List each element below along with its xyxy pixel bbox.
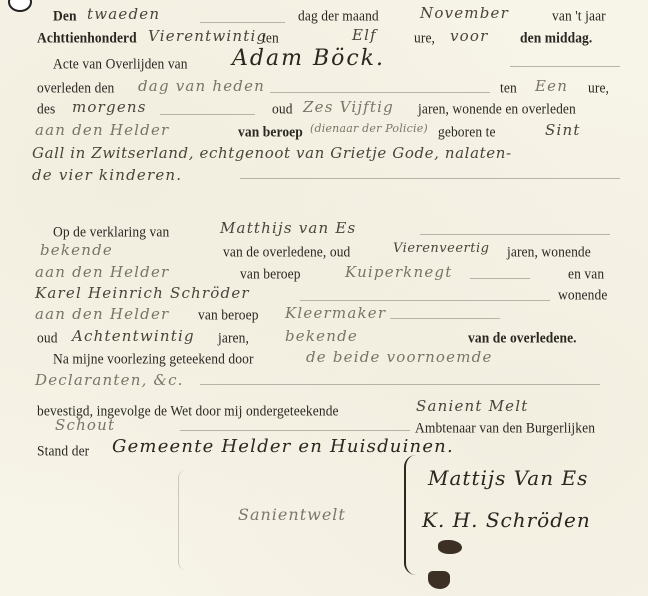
fill-line [510,66,620,67]
printed-acte-van-overlijden: Acte van Overlijden van [53,55,188,72]
fill-line [240,178,620,179]
handwritten-date-of-death: dag van heden [138,77,265,95]
fill-line [160,114,255,115]
printed-oud-2: oud [37,329,58,346]
printed-van-t-jaar: van 't jaar [552,7,606,24]
printed-ure-2: ure, [588,79,609,96]
fill-line [470,278,530,279]
handwritten-bekende-2: bekende [285,327,358,345]
handwritten-morgens: morgens [72,98,147,116]
printed-geboren-te: geboren te [438,123,496,140]
signature-witness-1: Mattijs Van Es [428,466,588,490]
handwritten-year: Vierentwintig [148,27,267,45]
fill-line [390,318,500,319]
handwritten-official-name: Sanient Melt [416,397,528,415]
printed-van-beroep: van beroep [238,123,303,140]
printed-ten-2: ten [500,79,517,96]
handwritten-bekende-1: bekende [40,241,113,259]
handwritten-schout: Schout [55,416,115,434]
handwritten-children: de vier kinderen. [32,166,182,184]
fill-line [180,430,410,431]
printed-des: des [37,100,55,117]
handwritten-declarant-2: Karel Heinrich Schröder [35,284,250,302]
printed-van-de-overledene-oud: van de overledene, oud [223,243,350,260]
handwritten-occupation: (dienaar der Policie) [310,122,428,135]
handwritten-declaranten: Declaranten, &c. [35,371,184,389]
handwritten-age-declarant-1: Vierenveertig [393,241,489,256]
fill-line [200,22,285,23]
handwritten-residence-declarant-1: aan den Helder [35,263,169,281]
printed-ure: ure, [414,29,435,46]
handwritten-age-declarant-2: Achtentwintig [72,327,195,345]
fill-line [270,92,490,93]
handwritten-age: Zes Vijftig [303,98,394,116]
handwritten-hour: Elf [352,26,377,44]
printed-op-de-verklaring: Op de verklaring van [53,223,169,240]
faint-brace [178,470,189,570]
printed-den: Den [53,7,77,24]
printed-den-middag: den middag. [520,29,592,46]
brace [404,455,424,575]
handwritten-month: November [420,4,509,22]
printed-van-beroep-2: van beroep [240,265,301,282]
printed-jaren-2: jaren, [218,329,249,346]
printed-oud: oud [272,100,293,117]
handwritten-signers: de beide voornoemde [306,348,493,366]
printed-overleden-den: overleden den [37,79,114,96]
printed-jaren-wonende: jaren, wonende en overleden [418,100,576,117]
handwritten-residence: aan den Helder [35,121,169,139]
printed-stand-der: Stand der [37,442,89,459]
document-page: Den twaeden dag der maand November van '… [0,0,648,596]
printed-dag-der-maand: dag der maand [298,7,379,24]
handwritten-occupation-declarant-2: Kleermaker [285,304,386,322]
fill-line [200,384,600,385]
handwritten-birthplace-spouse: Gall in Zwitserland, echtgenoot van Grie… [32,144,512,162]
fill-line [420,234,610,235]
ink-blot [438,540,462,554]
handwritten-voor: voor [450,27,489,45]
printed-achttienhonderd: Achttienhonderd [37,29,137,46]
corner-mark-icon [8,0,32,12]
handwritten-occupation-declarant-1: Kuiperknegt [345,263,452,281]
handwritten-declarant-1: Matthijs van Es [220,219,356,237]
handwritten-residence-declarant-2: aan den Helder [35,305,169,323]
signature-official: Sanientwelt [238,505,346,524]
printed-jaren-wonende-2: jaren, wonende [507,243,591,260]
handwritten-death-hour: Een [535,77,568,95]
handwritten-municipality: Gemeente Helder en Huisduinen. [112,436,454,457]
handwritten-day: twaeden [87,5,160,23]
printed-na-mijne-voorlezing: Na mijne voorlezing geteekend door [53,350,254,367]
printed-wonende-3: wonende [558,286,607,303]
printed-en-van: en van [568,265,604,282]
handwritten-deceased-name: Adam Böck. [232,46,385,71]
printed-van-beroep-3: van beroep [198,306,259,323]
fill-line [300,300,550,301]
signature-witness-2: K. H. Schröden [422,508,591,532]
handwritten-birthplace-1: Sint [545,121,581,139]
printed-ambtenaar: Ambtenaar van den Burgerlijken [415,419,595,436]
ink-blot [428,571,450,589]
printed-van-de-overledene-2: van de overledene. [468,329,577,346]
printed-ten: ten [262,29,279,46]
